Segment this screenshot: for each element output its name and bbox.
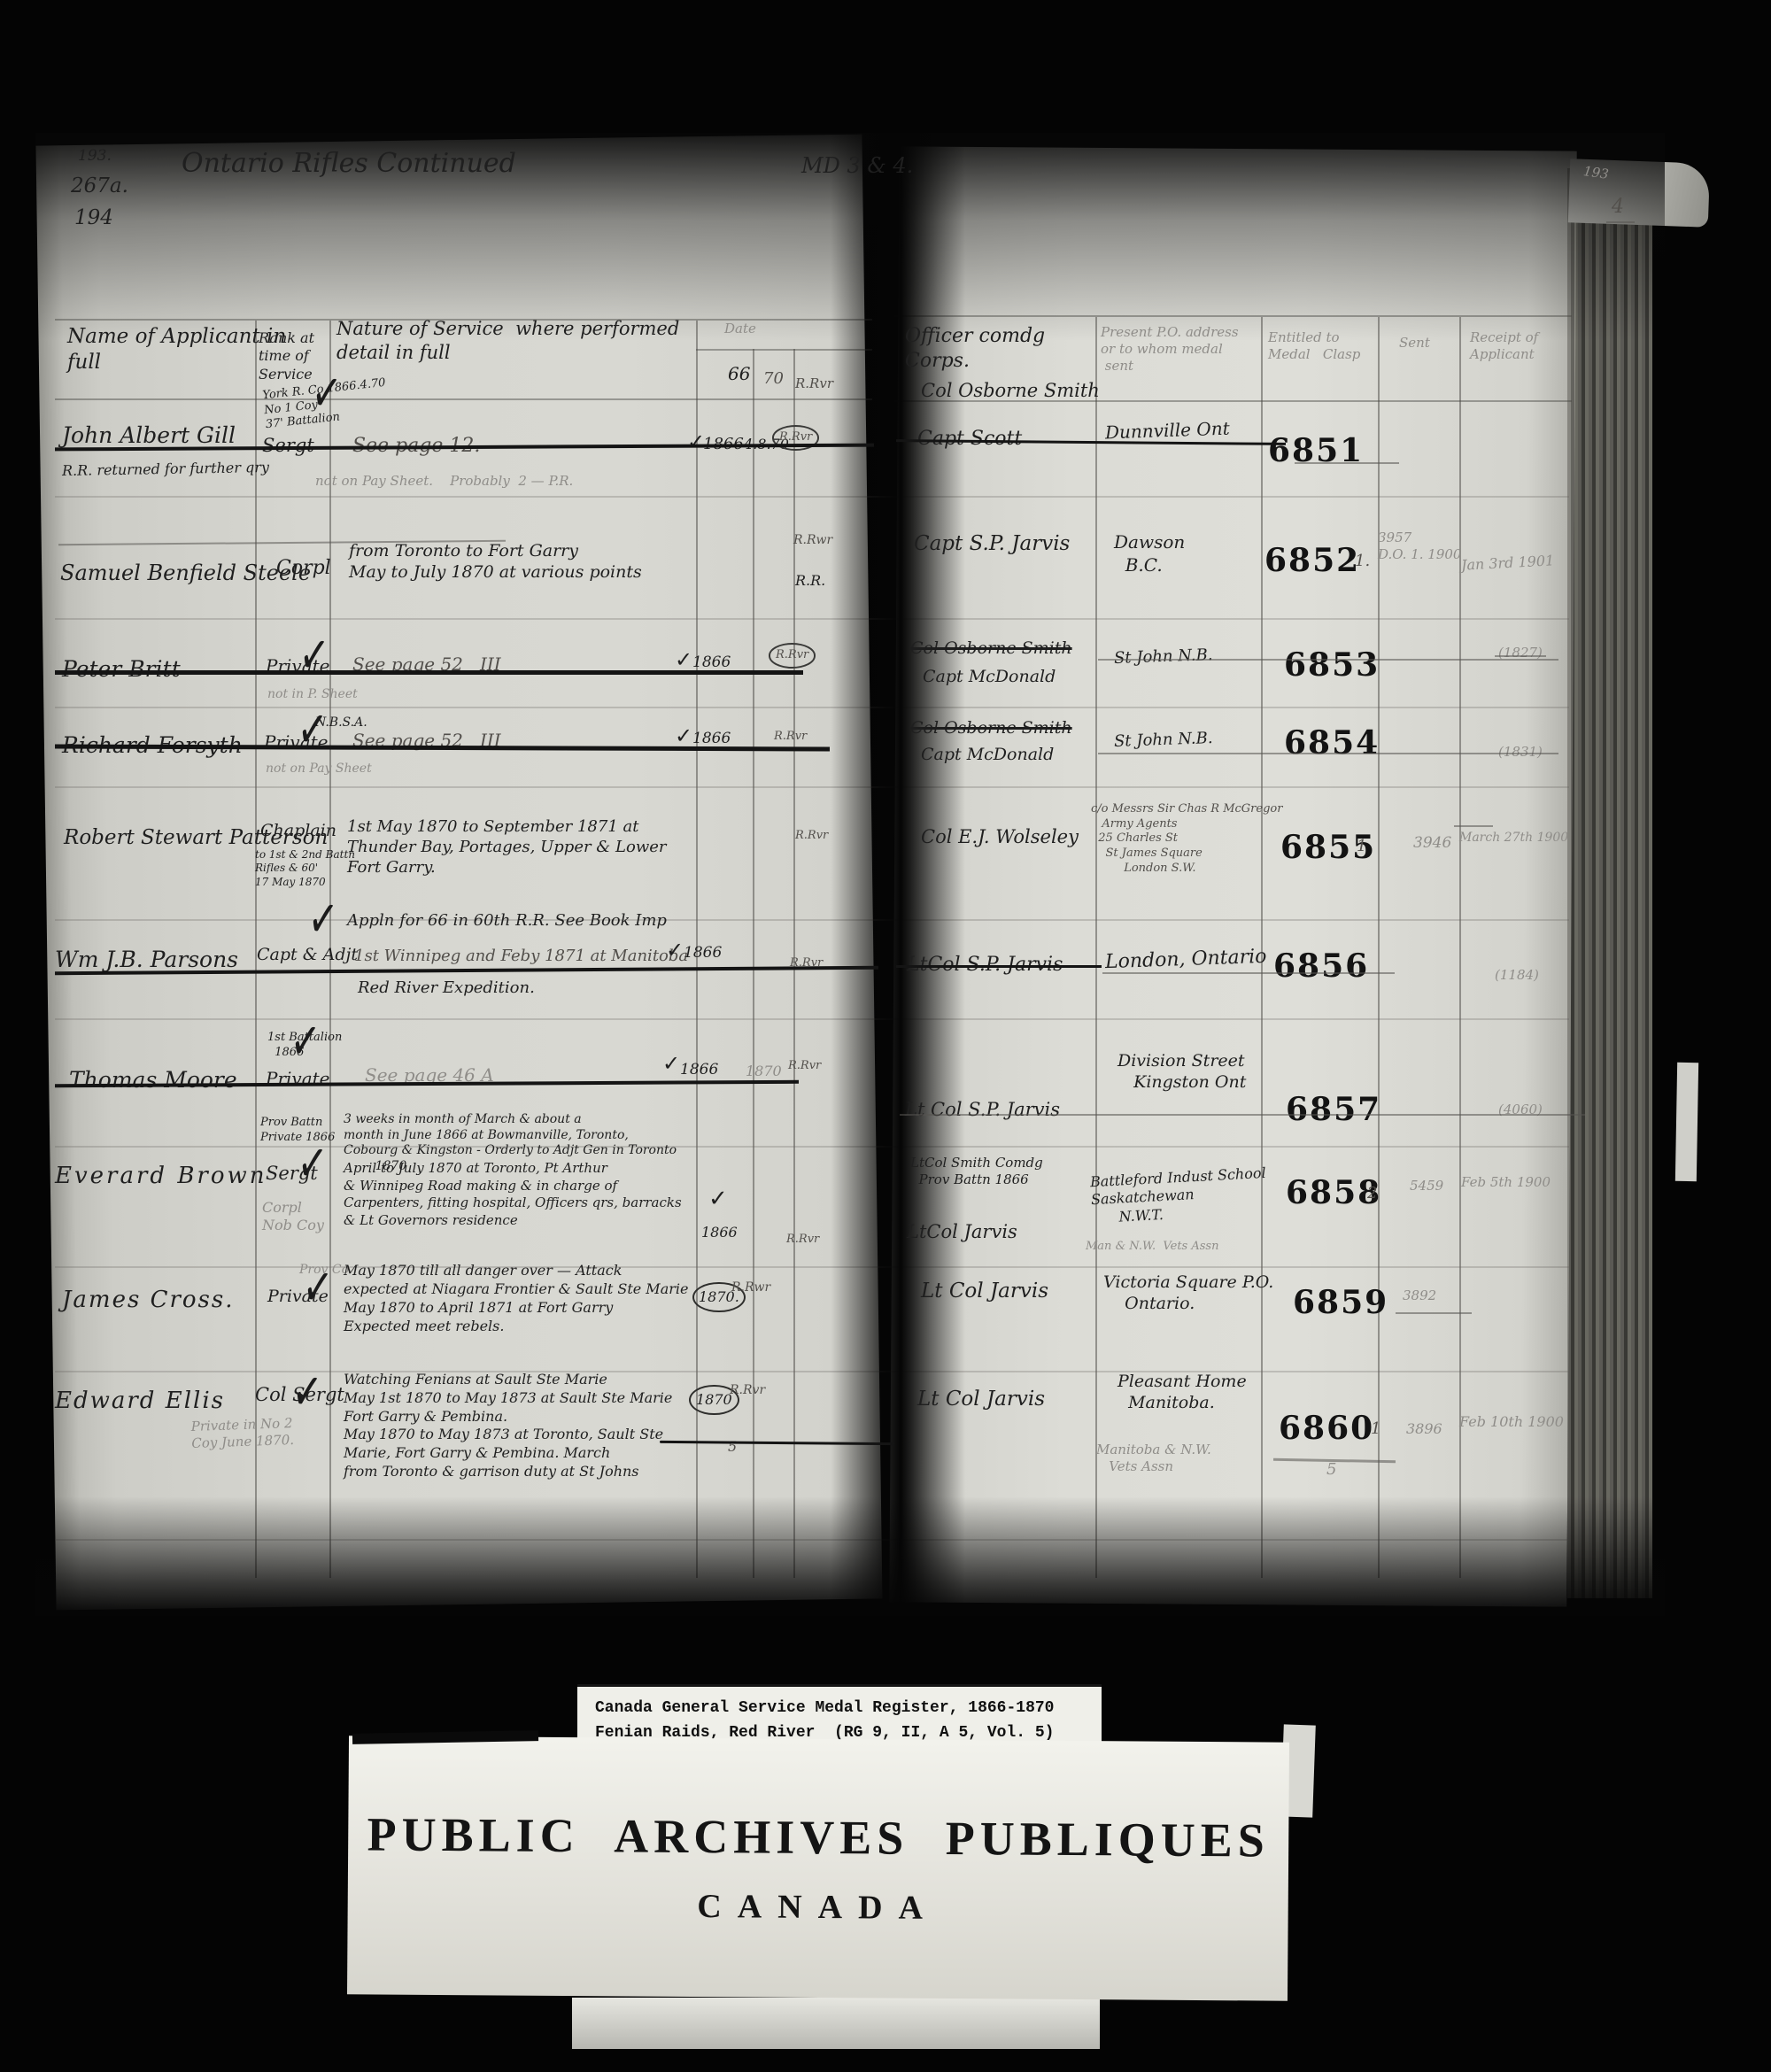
rank: Sergt (266, 1162, 318, 1186)
column-rule (1378, 317, 1380, 1578)
officer-commanding: Lt Col Jarvis (917, 1387, 1045, 1412)
col-header-address: Present P.O. address or to whom medal se… (1101, 324, 1239, 375)
date-66-check: ✓ (666, 937, 684, 964)
col-header-name: Name of Applicant in full (67, 324, 286, 376)
row-rule (55, 618, 1569, 620)
pencil-scribble (1295, 462, 1399, 464)
date-red-river: R.R. (795, 572, 825, 590)
strike-line (55, 670, 803, 675)
sent-number: 5459 (1410, 1178, 1443, 1194)
sent-scribble (1396, 1312, 1472, 1314)
receipt-strike (1454, 825, 1493, 827)
col-header-rank: Rank at time of Service (259, 329, 314, 383)
clasp-count: 2 (1367, 1183, 1377, 1203)
col-header-officer: Officer comdg Corps. (905, 324, 1045, 374)
date-red-river: R.Rvr (786, 1233, 819, 1248)
applicant-name: Everard Brown (55, 1162, 267, 1191)
col-header-receipt: Receipt of Applicant (1470, 329, 1538, 363)
po-address: Pleasant Home Manitoba. (1118, 1371, 1247, 1414)
col-header-rr: R.Rvr (795, 375, 833, 392)
officer-commanding: Col Osborne Smith (910, 638, 1072, 659)
medal-number-stamp: 6859 (1293, 1282, 1388, 1323)
row-rule (55, 1018, 1569, 1020)
strike-line (896, 965, 1102, 968)
date-red-river: R.Rvr (788, 1059, 821, 1074)
reference-line-1: Canada General Service Medal Register, 1… (595, 1699, 1054, 1717)
page-edge-sliver (1675, 1063, 1698, 1181)
po-address: Battleford Indust School Saskatchewan N.… (1090, 1164, 1269, 1228)
service-detail: Red River Expedition. (358, 978, 535, 998)
receipt-date: March 27th 1900 (1459, 831, 1568, 847)
sent-number: 3957 D.O. 1. 1900 (1378, 530, 1461, 563)
label-bottom-strip (572, 1998, 1100, 2049)
rank: Col Sergt (255, 1383, 344, 1407)
clasp-count: 1 (1371, 1419, 1380, 1439)
column-rule (1095, 317, 1097, 1578)
date-66: 1866 (684, 944, 722, 963)
col-header-66: 66 (728, 363, 750, 386)
column-rule (1459, 317, 1461, 1578)
row-rule (55, 919, 1569, 921)
page-edge-stack (1567, 168, 1652, 1598)
officer-commanding: Col Osborne Smith (921, 379, 1100, 403)
service-note: Appln for 66 in 60th R.R. See Book Imp (347, 910, 667, 931)
medal-number-stamp: 6851 (1268, 430, 1364, 471)
po-address-pencil: Man & N.W. Vets Assn (1086, 1240, 1218, 1255)
note-pencil: not on Pay Sheet. Probably 2 — P.R. (315, 473, 573, 490)
page-number: 267a. (71, 174, 128, 199)
rank: Chaplain (260, 820, 336, 841)
sent-number: 3896 (1406, 1420, 1442, 1438)
strike-line (1102, 972, 1395, 974)
date-66: 1866 (680, 1061, 718, 1080)
header-rule (55, 398, 872, 400)
name-note-pencil: Private in No 2 Coy June 1870. (190, 1415, 294, 1452)
date-66-check: ✓ (662, 1050, 680, 1078)
po-address: Dawson B.C. (1114, 531, 1185, 576)
applicant-name: Samuel Benfield Steele (60, 560, 311, 587)
medal-note-pencil: 5 (1326, 1459, 1336, 1480)
row-rule (55, 1371, 1569, 1372)
applicant-name: Peter Britt (62, 655, 181, 684)
row-rule (55, 1266, 1569, 1268)
service-detail: 1st May 1870 to September 1871 at Thunde… (347, 816, 667, 878)
service-detail: May 1870 till all danger over — Attack e… (344, 1261, 688, 1335)
rank: Private (266, 1068, 330, 1091)
officer-commanding: Lt Col S.P. Jarvis (905, 1098, 1060, 1122)
applicant-name: Thomas Moore (69, 1066, 237, 1094)
date-red-river: R.Rwr (793, 533, 832, 549)
header-rule (894, 315, 1572, 317)
medal-number-stamp: 6853 (1284, 645, 1380, 685)
microfilm-scan: 193. 267a. 194 Ontario Rifles Continued … (0, 0, 1771, 2072)
officer-commanding: Col E.J. Wolseley (921, 825, 1079, 849)
officer-commanding: LtCol Jarvis (907, 1220, 1017, 1244)
medal-number-stamp: 6852 (1264, 540, 1360, 581)
strike-line (1098, 659, 1558, 661)
date-red-river: R.Rvr (769, 643, 816, 669)
clasp-count: 1. (1355, 551, 1370, 571)
sent-number: 3946 (1413, 834, 1451, 854)
rank: Private (267, 1286, 329, 1307)
clasp-count: 1 (1357, 836, 1366, 856)
applicant-name: Edward Ellis (55, 1387, 225, 1416)
officer-commanding: Col Osborne Smith (910, 717, 1072, 738)
col-header-date: Date (724, 321, 756, 337)
po-address: Victoria Square P.O. Ontario. (1103, 1272, 1273, 1315)
archives-country: CANADA (697, 1887, 939, 1928)
date-red-river: R.Rvr (795, 829, 828, 844)
corner-mark-underline (1606, 221, 1635, 223)
receipt-date: (4060) (1498, 1102, 1543, 1118)
page-number: 194 (74, 205, 113, 231)
receipt-date: (1184) (1495, 967, 1539, 984)
archives-title: PUBLIC ARCHIVES PUBLIQUES (367, 1806, 1270, 1867)
rank: Capt & Adjt (257, 944, 358, 965)
date-70: 1870 (746, 1063, 782, 1080)
col-header-service: Nature of Service where performed detail… (336, 317, 679, 365)
corner-page-number: 193 (1582, 163, 1610, 183)
archives-label: PUBLIC ARCHIVES PUBLIQUES CANADA (347, 1736, 1289, 2000)
strike-line (1098, 753, 1558, 754)
receipt-date: Feb 10th 1900 (1459, 1413, 1564, 1431)
col-header-70: 70 (763, 368, 784, 389)
date-66-check: ✓ (708, 1185, 728, 1214)
rank-note: to 1st & 2nd Battn Rifles & 60' 17 May 1… (255, 848, 355, 889)
check-mark: ✓ (309, 359, 344, 431)
po-address: Division Street Kingston Ont (1118, 1050, 1246, 1094)
service-detail: from Toronto to Fort Garry May to July 1… (349, 540, 642, 584)
rank: Private (264, 731, 329, 754)
strike-line (900, 1114, 1585, 1116)
rank-note-pencil: Corpl Nob Coy (262, 1199, 324, 1235)
row-rule (55, 707, 1569, 708)
officer-commanding: LtCol Smith Comdg Prov Battn 1866 (910, 1155, 1043, 1188)
row-rule (55, 786, 1569, 788)
page-number: 193. (78, 147, 112, 166)
medal-number-stamp: 6860 (1279, 1408, 1374, 1449)
receipt-date: Feb 5th 1900 (1461, 1174, 1551, 1191)
sent-number: 3892 (1403, 1287, 1436, 1304)
page-title-right: MD 3 & 4. (801, 152, 913, 180)
note-ink: R.R. returned for further qry (62, 459, 269, 481)
service-detail: April to July 1870 at Toronto, Pt Arthur… (344, 1160, 682, 1229)
date-66: 1866 (701, 1224, 738, 1241)
officer-commanding: Capt McDonald (921, 744, 1054, 765)
applicant-name: John Albert Gill (62, 421, 236, 450)
header-rule (696, 349, 872, 351)
row-rule (55, 496, 1569, 498)
po-address: St John N.B. (1114, 645, 1213, 669)
po-address-pencil: Manitoba & N.W. Vets Assn (1096, 1442, 1211, 1475)
receipt-strike (1495, 655, 1546, 657)
page-title-left: Ontario Rifles Continued (182, 147, 516, 181)
officer-commanding: Capt McDonald (923, 666, 1056, 687)
rank: Corpl (276, 556, 331, 581)
row-rule (55, 1539, 1569, 1541)
col-header-entitled: Entitled to Medal Clasp (1268, 329, 1360, 363)
service-detail: Watching Fenians at Sault Ste Marie May … (344, 1371, 672, 1481)
medal-number-stamp: 6856 (1273, 946, 1369, 986)
applicant-name: James Cross. (62, 1286, 235, 1315)
date-red-river: R.Rwr (731, 1280, 770, 1296)
medal-number-stamp: 6857 (1286, 1089, 1381, 1130)
medal-number-stamp: 6854 (1284, 723, 1380, 763)
po-address: St John N.B. (1114, 728, 1213, 752)
po-address: c/o Messrs Sir Chas R McGregor Army Agen… (1091, 802, 1282, 876)
officer-commanding: Lt Col Jarvis (921, 1279, 1048, 1304)
rank-note-pencil: not on Pay Sheet (266, 762, 372, 777)
date-red-river: R.Rvr (774, 730, 807, 745)
date-red-river: R.Rvr (730, 1383, 765, 1399)
service-detail: 1st Winnipeg and Feby 1871 at Manitoba (354, 946, 688, 966)
corner-mark: 4 (1612, 195, 1624, 220)
officer-commanding: Capt S.P. Jarvis (914, 531, 1070, 557)
col-header-sent: Sent (1399, 335, 1430, 352)
row-rule (55, 1146, 1569, 1148)
